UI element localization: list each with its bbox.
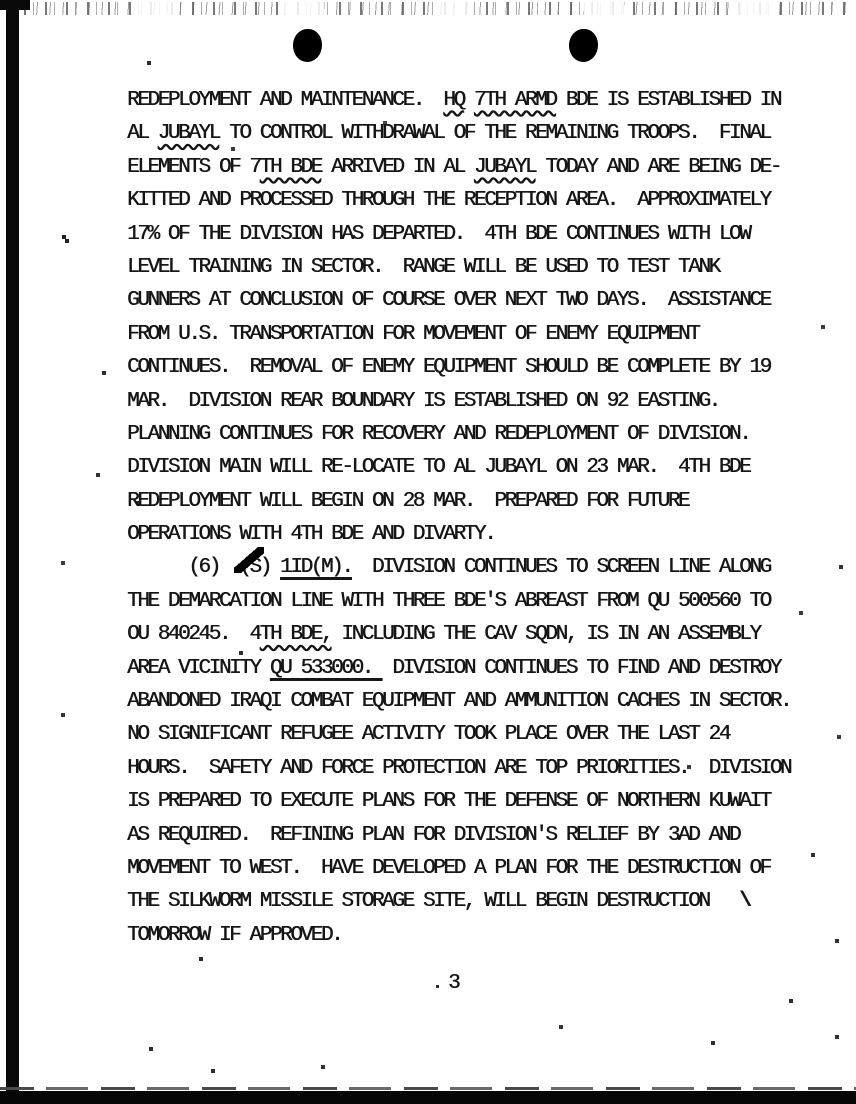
- document-line: THE SILKWORM MISSILE STORAGE SITE, WILL …: [127, 885, 827, 918]
- text-segment: OU 840245. 4: [127, 623, 260, 646]
- scanned-document-page: REDEPLOYMENT AND MAINTENANCE. HQ 7TH ARM…: [0, 0, 856, 1104]
- text-segment: AL: [127, 122, 158, 145]
- underlined-text: JUBAYL: [158, 122, 219, 145]
- document-line: GUNNERS AT CONCLUSION OF COURSE OVER NEX…: [127, 284, 827, 317]
- bottom-edge-line: [0, 1087, 856, 1090]
- document-line: DIVISION MAIN WILL RE-LOCATE TO AL JUBAY…: [127, 451, 827, 484]
- text-segment: REDEPLOYMENT WILL BEGIN ON 28 MAR. PREPA…: [127, 490, 688, 513]
- underlined-text: TH BDE,: [260, 623, 331, 646]
- document-line: AREA VICINITY QU 533000. DIVISION CONTIN…: [127, 652, 827, 685]
- text-segment: ARRIVED IN AL: [321, 156, 474, 179]
- document-lines: REDEPLOYMENT AND MAINTENANCE. HQ 7TH ARM…: [127, 84, 827, 952]
- document-line: THE DEMARCATION LINE WITH THREE BDE'S AB…: [127, 585, 827, 618]
- text-segment: THE SILKWORM MISSILE STORAGE SITE, WILL …: [127, 890, 739, 913]
- text-segment: MOVEMENT TO WEST. HAVE DEVELOPED A PLAN …: [127, 857, 770, 880]
- page-number: 3: [448, 967, 461, 1000]
- underlined-text: 7TH ARMD: [474, 89, 556, 112]
- text-segment: TOMORROW IF APPROVED.: [127, 924, 341, 947]
- document-line: KITTED AND PROCESSED THROUGH THE RECEPTI…: [127, 184, 827, 217]
- text-segment: 17% OF THE DIVISION HAS DEPARTED. 4TH BD…: [127, 223, 749, 246]
- document-line: OPERATIONS WITH 4TH BDE AND DIVARTY.: [127, 518, 827, 551]
- underlined-text: HQ: [443, 89, 463, 112]
- scan-specks: [0, 0, 2, 2]
- text-segment: THE DEMARCATION LINE WITH THREE BDE'S AB…: [127, 590, 770, 613]
- text-segment: IS PREPARED TO EXECUTE PLANS FOR THE DEF…: [127, 790, 770, 813]
- text-segment: TO CONTROL WITHDRAWAL OF THE REMAINING T…: [219, 122, 770, 145]
- document-line: (6) (S) 1ID(M). DIVISION CONTINUES TO SC…: [127, 551, 827, 584]
- text-segment: KITTED AND PROCESSED THROUGH THE RECEPTI…: [127, 189, 770, 212]
- text-segment: DIVISION CONTINUES TO FIND AND DESTROY: [382, 657, 780, 680]
- underlined-text: QU 533000.: [270, 657, 382, 680]
- text-segment: FROM U.S. TRANSPORTATION FOR MOVEMENT OF…: [127, 323, 698, 346]
- text-segment: MAR. DIVISION REAR BOUNDARY IS ESTABLISH…: [127, 390, 719, 413]
- text-segment: DIVISION MAIN WILL RE-LOCATE TO AL JUBAY…: [127, 456, 749, 479]
- text-segment: PLANNING CONTINUES FOR RECOVERY AND REDE…: [127, 423, 749, 446]
- text-segment: (6): [127, 556, 239, 579]
- text-segment: ABANDONED IRAQI COMBAT EQUIPMENT AND AMM…: [127, 690, 790, 713]
- document-line: AS REQUIRED. REFINING PLAN FOR DIVISION'…: [127, 819, 827, 852]
- document-line: PLANNING CONTINUES FOR RECOVERY AND REDE…: [127, 418, 827, 451]
- hole-punch-left-dot: [293, 29, 322, 62]
- scan-dot: [436, 985, 439, 988]
- document-line: 17% OF THE DIVISION HAS DEPARTED. 4TH BD…: [127, 218, 827, 251]
- document-line: OU 840245. 4TH BDE, INCLUDING THE CAV SQ…: [127, 618, 827, 651]
- left-scan-bar: [6, 0, 19, 1093]
- underlined-text: TH BDE: [260, 156, 321, 179]
- document-line: MAR. DIVISION REAR BOUNDARY IS ESTABLISH…: [127, 385, 827, 418]
- bottom-scan-bar: [0, 1091, 856, 1104]
- text-segment: AS REQUIRED. REFINING PLAN FOR DIVISION'…: [127, 824, 739, 847]
- text-segment: [270, 556, 280, 579]
- text-segment: REDEPLOYMENT AND MAINTENANCE.: [127, 89, 443, 112]
- hole-punch-right-dot: [569, 29, 598, 62]
- document-line: MOVEMENT TO WEST. HAVE DEVELOPED A PLAN …: [127, 852, 827, 885]
- text-segment: NO SIGNIFICANT REFUGEE ACTIVITY TOOK PLA…: [127, 723, 729, 746]
- text-segment: OPERATIONS WITH 4TH BDE AND DIVARTY.: [127, 523, 494, 546]
- text-segment: TODAY AND ARE BEING DE-: [535, 156, 780, 179]
- text-segment: LEVEL TRAINING IN SECTOR. RANGE WILL BE …: [127, 256, 719, 279]
- text-segment: GUNNERS AT CONCLUSION OF COURSE OVER NEX…: [127, 289, 770, 312]
- text-segment: AREA VICINITY: [127, 657, 270, 680]
- text-segment: HOURS. SAFETY AND FORCE PROTECTION ARE T…: [127, 757, 790, 780]
- underlined-text: JUBAYL: [474, 156, 535, 179]
- text-segment: ELEMENTS OF 7: [127, 156, 260, 179]
- text-segment: CONTINUES. REMOVAL OF ENEMY EQUIPMENT SH…: [127, 356, 770, 379]
- document-line: AL JUBAYL TO CONTROL WITHDRAWAL OF THE R…: [127, 117, 827, 150]
- document-line: NO SIGNIFICANT REFUGEE ACTIVITY TOOK PLA…: [127, 718, 827, 751]
- document-line: REDEPLOYMENT AND MAINTENANCE. HQ 7TH ARM…: [127, 84, 827, 117]
- text-segment: BDE IS ESTABLISHED IN: [556, 89, 780, 112]
- document-line: CONTINUES. REMOVAL OF ENEMY EQUIPMENT SH…: [127, 351, 827, 384]
- underlined-text: 1ID(M).: [280, 556, 351, 579]
- document-line: ABANDONED IRAQI COMBAT EQUIPMENT AND AMM…: [127, 685, 827, 718]
- document-line: HOURS. SAFETY AND FORCE PROTECTION ARE T…: [127, 752, 827, 785]
- handwritten-mark: \: [739, 890, 752, 913]
- text-segment: [464, 89, 474, 112]
- document-line: ELEMENTS OF 7TH BDE ARRIVED IN AL JUBAYL…: [127, 151, 827, 184]
- redaction-slash-marking: (S): [239, 551, 270, 584]
- document-line: IS PREPARED TO EXECUTE PLANS FOR THE DEF…: [127, 785, 827, 818]
- document-line: TOMORROW IF APPROVED.: [127, 919, 827, 952]
- document-line: FROM U.S. TRANSPORTATION FOR MOVEMENT OF…: [127, 318, 827, 351]
- text-segment: DIVISION CONTINUES TO SCREEN LINE ALONG: [351, 556, 769, 579]
- document-line: REDEPLOYMENT WILL BEGIN ON 28 MAR. PREPA…: [127, 485, 827, 518]
- scan-noise-band: [24, 2, 848, 15]
- text-segment: INCLUDING THE CAV SQDN, IS IN AN ASSEMBL…: [331, 623, 760, 646]
- document-line: LEVEL TRAINING IN SECTOR. RANGE WILL BE …: [127, 251, 827, 284]
